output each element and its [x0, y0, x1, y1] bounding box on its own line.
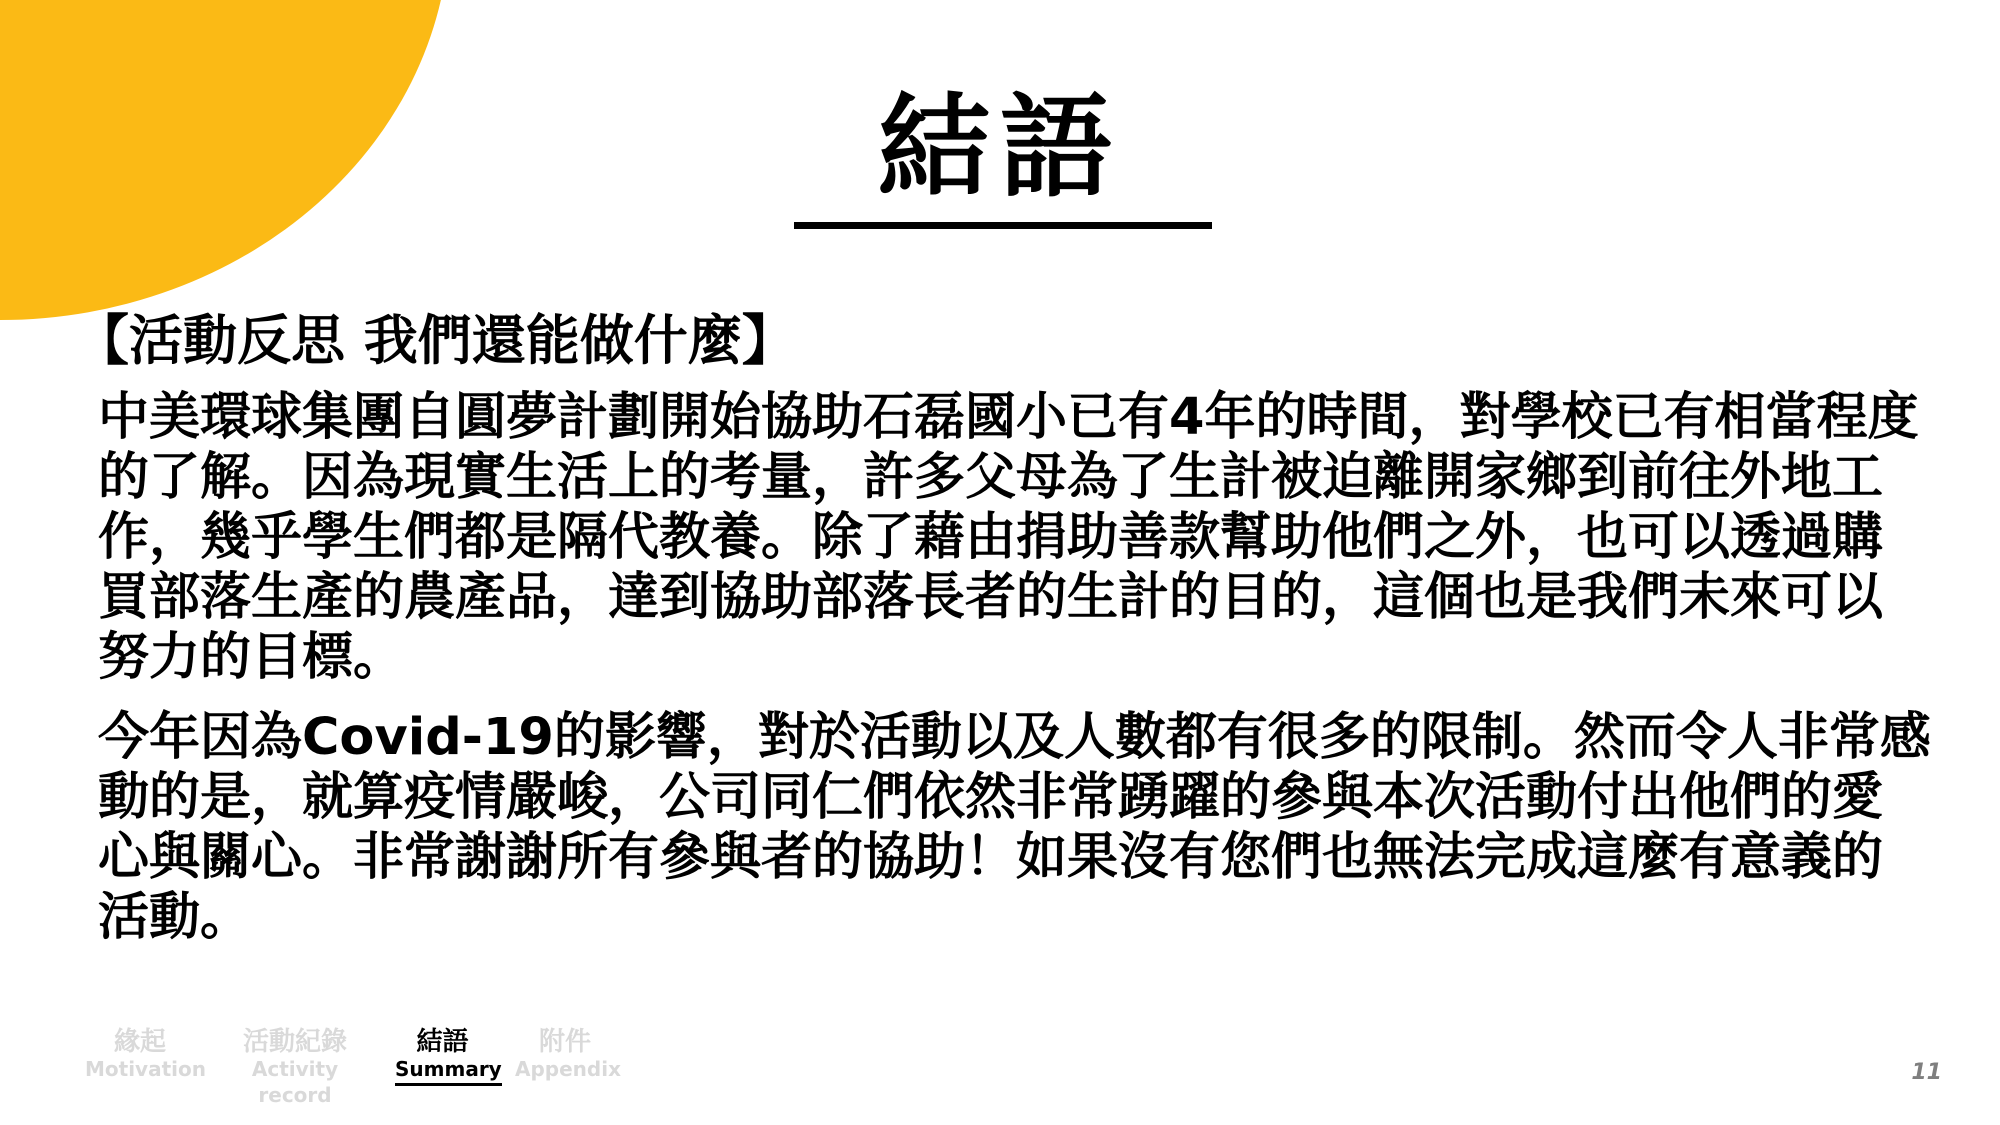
nav-item-appendix-zh: 附件 [515, 1028, 615, 1056]
page-number: 11 [1911, 1060, 1942, 1085]
nav-item-activity-record[interactable]: 活動紀錄 Activity record [220, 1028, 370, 1108]
nav-item-summary-en: Summary [395, 1056, 502, 1086]
nav-item-motivation[interactable]: 緣起 Motivation [85, 1028, 195, 1082]
section-heading: 【活動反思 我們還能做什麼】 [75, 310, 796, 372]
title-underline [794, 222, 1212, 229]
nav-item-appendix-en: Appendix [515, 1056, 621, 1082]
nav-item-motivation-en: Motivation [85, 1056, 206, 1082]
nav-item-activity-record-zh: 活動紀錄 [220, 1028, 370, 1056]
page-title: 結語 [0, 88, 2000, 208]
paragraph-covid-thanks: 今年因為Covid-19的影響，對於活動以及人數都有很多的限制。然而令人非常感 … [98, 708, 1931, 948]
nav-item-activity-record-en: Activity record [220, 1056, 370, 1108]
nav-item-motivation-zh: 緣起 [85, 1028, 195, 1056]
section-nav: 緣起 Motivation 活動紀錄 Activity record 結語 Su… [85, 1028, 615, 1108]
nav-item-appendix[interactable]: 附件 Appendix [515, 1028, 615, 1082]
nav-item-summary-zh: 結語 [395, 1028, 490, 1056]
nav-item-summary[interactable]: 結語 Summary [395, 1028, 490, 1086]
slide: 結語 【活動反思 我們還能做什麼】 中美環球集團自圓夢計劃開始協助石磊國小已有4… [0, 0, 2000, 1125]
paragraph-reflection: 中美環球集團自圓夢計劃開始協助石磊國小已有4年的時間，對學校已有相當程度 的了解… [98, 388, 1919, 688]
